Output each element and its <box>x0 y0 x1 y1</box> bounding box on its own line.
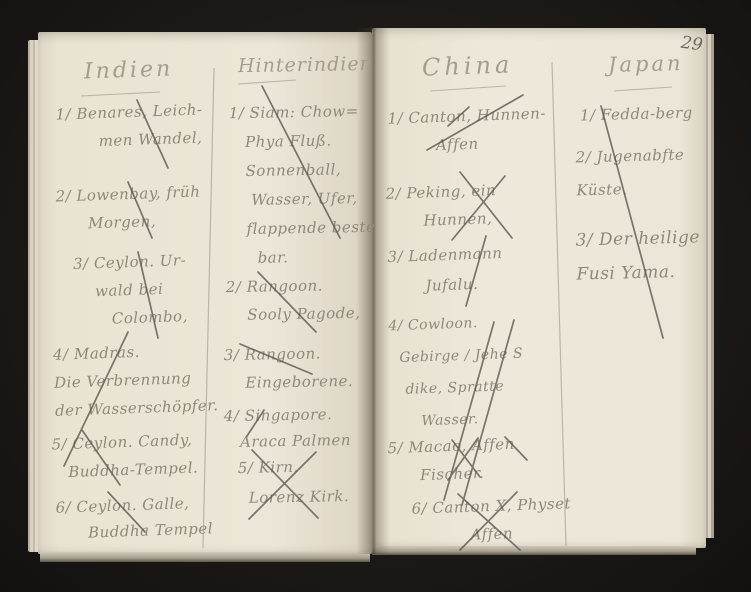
note-item: 6/ Canton X, Physet Affen <box>411 489 572 551</box>
note-item: 1/ Benares, Leich- men Wandel, <box>55 95 204 156</box>
note-item: 1/ Canton, Hunnen- Affen <box>387 99 547 160</box>
column-header-hinterindien: Hinterindien <box>238 53 373 77</box>
note-item: 3/ Ceylon. Ur- wald bei Colombo, <box>73 246 189 334</box>
notebook-scan: 29 Indien Hinterindien China Japan 1/ Be… <box>0 0 751 592</box>
note-item: 5/ Kirn. Lorenz Kirk. <box>237 451 349 513</box>
left-page-bottom-edge <box>40 552 370 562</box>
column-header-china: China <box>422 50 514 81</box>
note-item: 3/ Ladenmann Jufalu. <box>387 238 504 302</box>
note-item: 6/ Ceylon. Galle, Buddha Tempel <box>55 489 213 546</box>
note-item: 5/ Ceylon. Candy, Buddha-Tempel. <box>51 425 199 486</box>
note-item: 2/ Jugenabfte Küste. <box>575 139 685 208</box>
note-item: 5/ Macao, Affen Fischer. <box>387 430 516 490</box>
column-header-japan: Japan <box>608 51 684 77</box>
note-item: 1/ Fedda-berg <box>580 99 693 130</box>
column-header-indien: Indien <box>84 56 174 84</box>
note-item: 2/ Rangoon. Sooly Pagode, <box>226 271 361 329</box>
note-item: 3/ Rangoon. Eingeborene. <box>224 339 354 397</box>
note-item: 1/ Siam: Chow= Phya Fluß. Sonnenball, Wa… <box>228 97 376 273</box>
note-item: 2/ Peking, ein Hunnen, <box>385 176 498 236</box>
note-item: 2/ Lowenbay, früh Morgen, <box>55 177 202 238</box>
page-number: 29 <box>680 33 704 56</box>
note-item: 4/ Madras. Die Verbrennung der Wassersch… <box>53 335 219 425</box>
note-item: 4/ Cowloon. Gebirge / Jehe S dike, Sprat… <box>388 306 526 439</box>
note-item: 3/ Der heilige Fusi Yama. <box>575 220 701 291</box>
note-item: 4/ Singapore. Araca Palmen <box>224 401 352 455</box>
